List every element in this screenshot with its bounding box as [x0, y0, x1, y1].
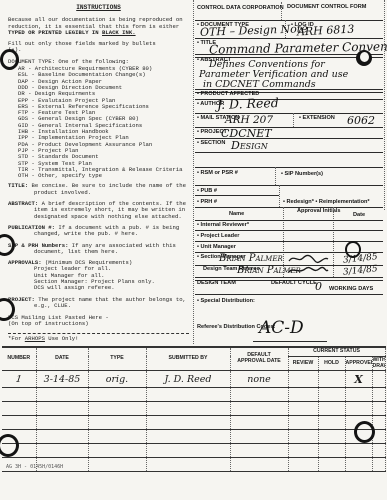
table-cell [372, 388, 385, 402]
divider [275, 167, 276, 185]
rule [195, 20, 383, 21]
note-project: PROJECT: The project name that the autho… [8, 297, 189, 310]
mailing-list-note: DCS Mailing List Pasted Here - (On top o… [8, 315, 189, 328]
col-header-number: NUMBER [2, 347, 36, 371]
table-cell [372, 402, 385, 416]
col-header-current-status: CURRENT STATUS [288, 347, 385, 356]
cell-review [288, 371, 318, 388]
rule [195, 167, 383, 168]
table-cell [36, 416, 88, 430]
note-text: A brief description of the contents. If … [34, 200, 186, 220]
note-text: Be concise. Be sure to include the name … [32, 182, 186, 195]
cell-default-approval-date: none [230, 371, 288, 388]
arhops-note: *For ARHOPS Use Only! [8, 336, 189, 342]
section-value: Design [231, 139, 268, 152]
revision-table: NUMBER DATE TYPE SUBMITTED BY DEFAULT AP… [2, 346, 386, 472]
rsm-psr-label: • RSM or PSR # [197, 170, 238, 176]
table-cell [88, 388, 146, 402]
table-cell [345, 402, 372, 416]
table-cell [372, 444, 385, 458]
paragraph-emphasis-underline: BLACK INK. [102, 29, 136, 36]
cell-withdrawn [372, 371, 385, 388]
col-header-default-approval-date: DEFAULT APPROVAL DATE [230, 347, 288, 371]
design-team-label: DESIGN TEAM [197, 280, 236, 286]
table-cell [146, 458, 230, 472]
prh-number-label: • PRH # [197, 199, 217, 205]
mail-station-value: ARH 207 [225, 114, 273, 126]
table-row [2, 388, 385, 402]
rule [195, 207, 383, 208]
signature-scribble [287, 265, 329, 276]
col-header-withdrawn: WITH- DRAWN [372, 356, 385, 371]
table-cell [146, 430, 230, 444]
table-cell [230, 444, 288, 458]
revision-table-body: 1 3-14-85 orig. J. D. Reed none X [2, 371, 385, 472]
author-value: J. D. Reed [217, 95, 279, 112]
form-number-code: AG 3H - 0145H/0146H [6, 464, 63, 470]
table-cell [36, 388, 88, 402]
table-cell [288, 430, 318, 444]
table-cell [36, 402, 88, 416]
rule [195, 138, 383, 139]
scanned-form-page: INSTRUCTIONS Because all our documentati… [0, 0, 387, 500]
rule [195, 38, 383, 39]
cell-approved: X [345, 371, 372, 388]
divider [333, 207, 334, 277]
table-cell [288, 444, 318, 458]
table-cell [230, 416, 288, 430]
table-row [2, 430, 385, 444]
project-leader-label: • Project Leader [197, 233, 239, 239]
cell-submitted-by: J. D. Reed [146, 371, 230, 388]
sip-numbers-label: • SIP Number(s) [281, 171, 323, 177]
table-cell [88, 416, 146, 430]
instructions-paragraph: Fill out only those fields marked by bul… [8, 41, 158, 54]
hole-punch-mark [345, 241, 361, 258]
table-cell [288, 402, 318, 416]
paragraph-text: Because all our documentation is being r… [8, 16, 183, 29]
paragraph-emphasis: TYPED OR PRINTED LEGIBLY IN [8, 29, 102, 36]
table-cell [88, 458, 146, 472]
note-approvals: APPROVALS: (Minimum DCS Requirements) Pr… [8, 260, 189, 291]
note-label: TITLE: [8, 182, 28, 189]
section-label: • SECTION [197, 140, 225, 146]
cell-hold [318, 371, 345, 388]
log-id-value: ARH 6813 [297, 23, 355, 39]
table-cell [88, 402, 146, 416]
table-cell [288, 416, 318, 430]
rule [195, 195, 279, 196]
instructions-paragraph: Because all our documentation is being r… [8, 17, 189, 36]
document-control-form: CONTROL DATA CORPORATION DOCUMENT CONTRO… [195, 2, 383, 344]
table-cell [146, 402, 230, 416]
rule [195, 152, 383, 153]
unit-manager-label: • Unit Manager [197, 244, 236, 250]
table-row [2, 416, 385, 430]
table-row [2, 444, 385, 458]
referee-codes-value: AC-D [259, 318, 304, 338]
approval-name-header: Name [229, 211, 244, 217]
table-cell [2, 416, 36, 430]
doc-type-item: OTH - Other, specify type [8, 173, 189, 179]
table-cell [36, 430, 88, 444]
table-cell [36, 444, 88, 458]
col-header-type: TYPE [88, 347, 146, 371]
dashed-divider [8, 333, 189, 334]
instructions-title: INSTRUCTIONS [8, 5, 189, 11]
design-team-referee-date: 3/14/85 [343, 264, 379, 278]
table-cell [318, 458, 345, 472]
note-title: TITLE: Be concise. Be sure to include th… [8, 183, 189, 196]
divider [281, 2, 282, 20]
table-cell [146, 416, 230, 430]
hole-punch-mark [354, 421, 375, 443]
col-header-date: DATE [36, 347, 88, 371]
pub-number-label: • PUB # [197, 188, 217, 194]
table-cell [345, 458, 372, 472]
redesign-reimplementation-label: • Redesign* • Reimplementation* [283, 199, 383, 205]
rule [253, 341, 327, 342]
default-cycle-label: DEFAULT CYCLE [271, 280, 317, 286]
table-cell [372, 458, 385, 472]
table-cell [230, 458, 288, 472]
table-cell [230, 388, 288, 402]
table-cell [2, 388, 36, 402]
table-cell [318, 402, 345, 416]
arhops-pre: *For [8, 335, 25, 342]
doc-type-list: AR - Architecture Requirments (CYBER 80)… [8, 66, 189, 179]
col-header-hold: HOLD [318, 356, 345, 371]
col-header-review: REVIEW [288, 356, 318, 371]
column-divider [193, 0, 194, 344]
hole-punch-mark [356, 50, 372, 66]
company-name: CONTROL DATA CORPORATION [197, 5, 284, 11]
col-header-submitted-by: SUBMITTED BY [146, 347, 230, 371]
note-text: The project name that the author belongs… [34, 296, 186, 309]
cell-number: 1 [1, 371, 37, 388]
rule [195, 294, 383, 295]
arhops-word: ARHOPS [25, 335, 45, 342]
table-cell [345, 444, 372, 458]
page-edge-divider [384, 0, 385, 210]
instructions-panel: INSTRUCTIONS Because all our documentati… [8, 5, 189, 342]
table-cell [288, 458, 318, 472]
table-row: 1 3-14-85 orig. J. D. Reed none X [2, 371, 385, 388]
document-type-value: OTH – Design Note [200, 22, 308, 39]
note-text: If a document with a pub. # is being cha… [34, 224, 179, 237]
table-cell [318, 388, 345, 402]
table-cell [318, 416, 345, 430]
table-cell [230, 430, 288, 444]
divider [279, 185, 280, 207]
rule [195, 220, 383, 221]
table-cell [288, 388, 318, 402]
table-row [2, 402, 385, 416]
table-cell [88, 444, 146, 458]
note-abstract: ABSTRACT: A brief description of the con… [8, 201, 189, 220]
note-sip-prh: SIP & PRH Numbers: If any are associated… [8, 243, 189, 256]
table-cell [88, 430, 146, 444]
col-header-approved: APPROVED [345, 356, 372, 371]
table-cell [146, 388, 230, 402]
arhops-post: Use Only! [45, 335, 79, 342]
note-text: (Minimum DCS Requirements) Project leade… [34, 259, 155, 291]
cell-date: 3-14-85 [36, 371, 88, 388]
default-cycle-value: 0 [315, 280, 322, 293]
signature-scribble [287, 253, 329, 264]
section-manager-name: Brian Palmer [219, 253, 283, 264]
approval-date-header: Date [353, 212, 365, 218]
internal-reviewer-label: • Internal Reviewer* [197, 222, 249, 228]
table-cell [318, 430, 345, 444]
table-header-row: NUMBER DATE TYPE SUBMITTED BY DEFAULT AP… [2, 347, 385, 356]
table-cell [318, 444, 345, 458]
note-publication: PUBLICATION #: If a document with a pub.… [8, 225, 189, 238]
extension-value: 6062 [347, 114, 375, 127]
divider [293, 113, 294, 127]
hole-punch-mark [0, 49, 19, 70]
table-cell [146, 444, 230, 458]
extension-label: • EXTENSION [299, 115, 335, 121]
table-cell [345, 388, 372, 402]
form-title: DOCUMENT CONTROL FORM [287, 4, 366, 10]
working-days-label: WORKING DAYS [329, 286, 373, 292]
table-cell [2, 402, 36, 416]
rule [195, 185, 383, 186]
cell-type: orig. [88, 371, 146, 388]
table-cell [230, 402, 288, 416]
rule [195, 230, 383, 231]
special-distribution-label: • Special Distribution: [197, 298, 255, 304]
